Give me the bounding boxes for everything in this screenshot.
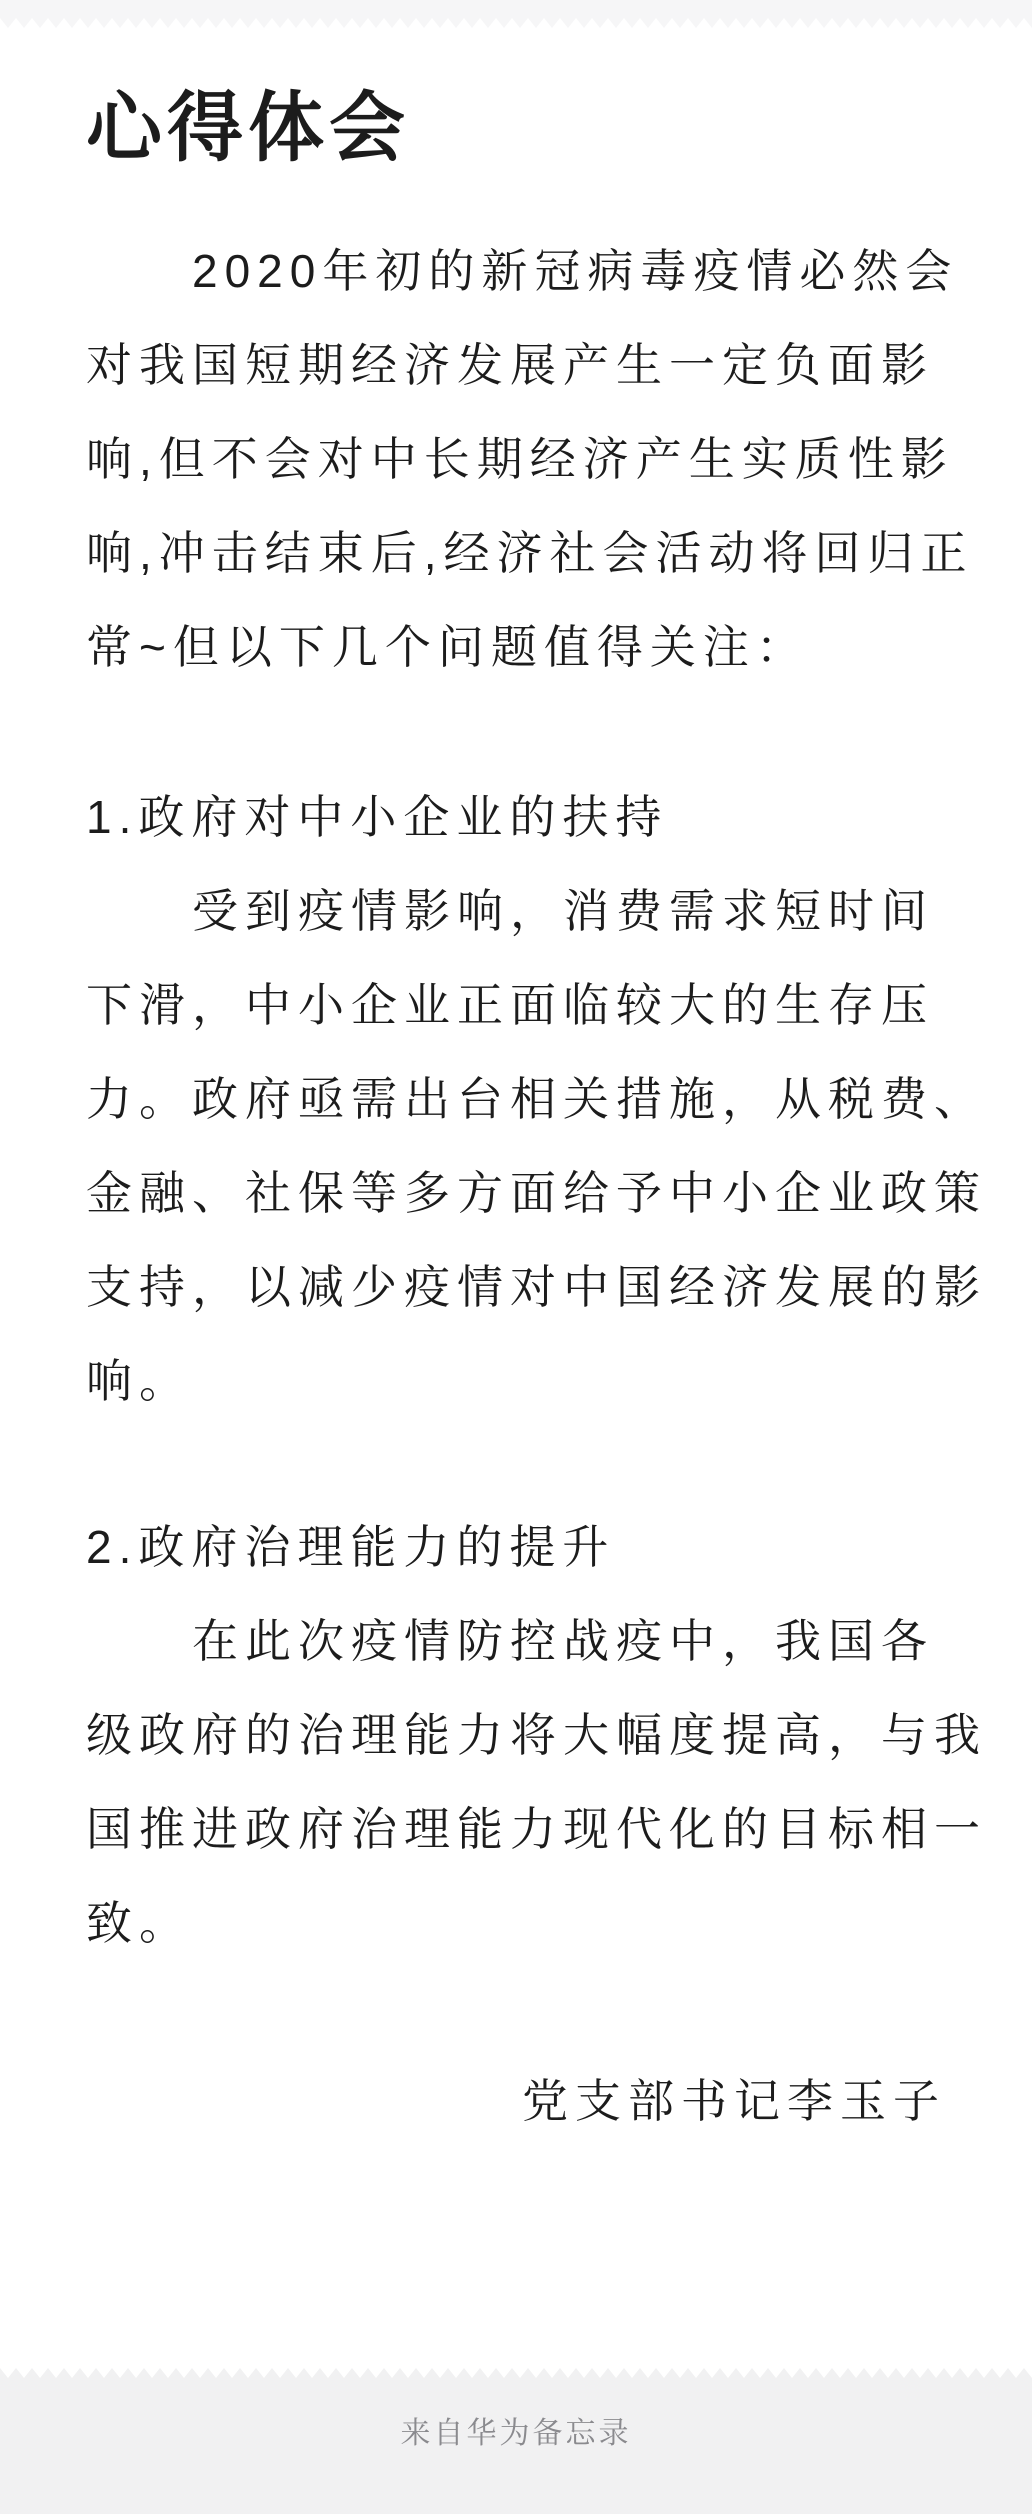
torn-paper-top-strip [0, 0, 1032, 18]
note-card: 心得体会 2020年初的新冠病毒疫情必然会 对我国短期经济发展产生一定负面影 响… [0, 28, 1032, 2368]
text-line: 下滑，中小企业正面临较大的生存压 [86, 958, 946, 1052]
text-line: 力。政府亟需出台相关措施，从税费、 [86, 1052, 946, 1146]
text-line: 在此次疫情防控战疫中，我国各 [86, 1594, 946, 1688]
text-line: 国推进政府治理能力现代化的目标相一 [86, 1782, 946, 1876]
text-line: 响,但不会对中长期经济产生实质性影 [86, 412, 946, 506]
text-line: 常~但以下几个问题值得关注： [86, 600, 946, 694]
section2-heading: 2.政府治理能力的提升 [86, 1500, 946, 1594]
text-line: 响,冲击结束后,经济社会活动将回归正 [86, 506, 946, 600]
text-line: 2020年初的新冠病毒疫情必然会 [86, 224, 946, 318]
intro-paragraph: 2020年初的新冠病毒疫情必然会 对我国短期经济发展产生一定负面影 响,但不会对… [86, 224, 946, 694]
text-line: 致。 [86, 1876, 946, 1970]
text-line: 受到疫情影响，消费需求短时间 [86, 864, 946, 958]
text-line: 对我国短期经济发展产生一定负面影 [86, 318, 946, 412]
section1-paragraph: 受到疫情影响，消费需求短时间 下滑，中小企业正面临较大的生存压 力。政府亟需出台… [86, 864, 946, 1428]
torn-edge-top [0, 18, 1032, 28]
section2-paragraph: 在此次疫情防控战疫中，我国各 级政府的治理能力将大幅度提高，与我 国推进政府治理… [86, 1594, 946, 1970]
signature: 党支部书记李玉子 [86, 2054, 946, 2148]
source-label: 来自华为备忘录 [0, 2416, 1032, 2452]
section1-heading: 1.政府对中小企业的扶持 [86, 770, 946, 864]
note-title: 心得体会 [86, 28, 946, 176]
text-line: 支持，以减少疫情对中国经济发展的影 [86, 1240, 946, 1334]
text-line: 级政府的治理能力将大幅度提高，与我 [86, 1688, 946, 1782]
torn-edge-bottom [0, 2368, 1032, 2378]
text-line: 金融、社保等多方面给予中小企业政策 [86, 1146, 946, 1240]
text-line: 响。 [86, 1334, 946, 1428]
share-footer: 来自华为备忘录 [0, 2368, 1032, 2514]
